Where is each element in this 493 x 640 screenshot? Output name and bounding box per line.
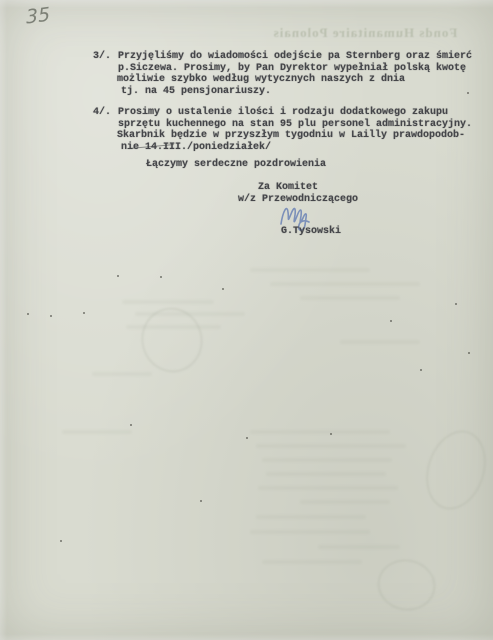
paper-speck <box>468 352 470 354</box>
bleedthrough-text-smudge <box>340 340 420 344</box>
paragraph-3-line: tj. na 45 pensjonariuszy. <box>121 86 493 98</box>
paper-speck <box>60 540 62 542</box>
bleedthrough-text-smudge <box>266 472 386 476</box>
paragraph-4-line: nie 14.III./poniedziałek/ <box>121 142 493 154</box>
paper-speck <box>222 288 224 290</box>
paragraph-4-line: sprzętu kuchennego na stan 95 plu person… <box>118 119 493 131</box>
paragraph-3-number: 3/. <box>93 51 111 63</box>
scanned-letter-page: 35 Fonds Humanitaire Polonais 3/. Przyję… <box>0 0 493 640</box>
paper-speck <box>455 303 457 305</box>
paper-speck <box>246 437 248 439</box>
paragraph-4-line: Skarbnik będzie w przyszłym tygodniu w L… <box>117 130 493 142</box>
paper-speck <box>27 313 29 315</box>
bleedthrough-text-smudge <box>62 430 132 434</box>
bleedthrough-text-smudge <box>92 372 152 376</box>
closing-salutation: Łączymy serdeczne pozdrowienia <box>146 159 326 171</box>
bleedthrough-text-smudge <box>256 515 366 519</box>
paper-speck <box>330 433 332 435</box>
bleedthrough-ink-loop <box>417 423 493 516</box>
bleedthrough-text-smudge <box>262 560 362 564</box>
paper-speck <box>130 424 132 426</box>
bleedthrough-text-smudge <box>256 444 406 448</box>
paper-speck <box>83 312 85 314</box>
bleedthrough-text-smudge <box>300 296 400 300</box>
paper-speck <box>420 369 422 371</box>
paper-speck <box>467 92 469 94</box>
paper-speck <box>117 275 119 277</box>
bleedthrough-text-smudge <box>250 530 370 534</box>
bleedthrough-text-smudge <box>300 500 390 504</box>
paragraph-3-line: możliwie szybko według wytycznych naszyc… <box>117 74 493 86</box>
paper-speck <box>160 276 162 278</box>
bleedthrough-text-smudge <box>262 458 392 462</box>
bleedthrough-letterhead: Fonds Humanitaire Polonais <box>246 25 484 41</box>
bleedthrough-text-smudge <box>270 282 420 286</box>
handwritten-page-number: 35 <box>26 4 51 29</box>
paper-speck <box>50 315 52 317</box>
bleedthrough-text-smudge <box>258 486 398 490</box>
bleedthrough-text-smudge <box>250 430 390 434</box>
bleedthrough-text-smudge <box>250 268 370 272</box>
bleedthrough-text-smudge <box>318 545 400 549</box>
paragraph-3-line: Przyjęliśmy do wiadomości odejście pa St… <box>118 51 493 63</box>
paragraph-4-line: Prosimy o ustalenie ilości i rodzaju dod… <box>118 107 493 119</box>
signature-org-line: Za Komitet <box>258 182 318 194</box>
bleedthrough-ink-loop <box>374 555 439 614</box>
paper-speck <box>390 320 392 322</box>
paper-speck <box>200 500 202 502</box>
paragraph-4-number: 4/. <box>93 107 111 119</box>
signature-name: G.Tysowski <box>281 226 341 238</box>
paragraph-3-line: p.Siczewa. Prosimy, by Pan Dyrektor wype… <box>118 63 493 75</box>
bleedthrough-text-smudge <box>122 300 214 304</box>
